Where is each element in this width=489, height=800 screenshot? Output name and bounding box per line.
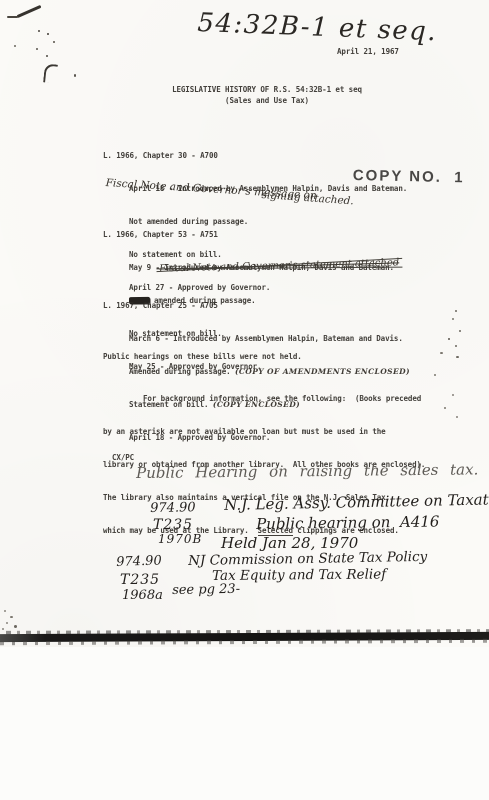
scan-speckle xyxy=(14,625,17,628)
call-number-line: 1968a xyxy=(122,588,163,603)
scan-speckle xyxy=(46,55,48,57)
entry-heading: L. 1966, Chapter 53 - A751 xyxy=(103,229,394,240)
catalog-note-line: Held Jan 28, 1970 xyxy=(221,534,358,552)
scan-speckle xyxy=(456,416,458,418)
scan-speckle xyxy=(448,338,450,340)
scan-speckle xyxy=(47,33,49,35)
typed-date: April 21, 1967 xyxy=(337,46,399,57)
scan-speckle xyxy=(6,622,8,624)
scan-speckle xyxy=(434,374,436,376)
catalog-note-line: Public hearing on A416 xyxy=(256,512,440,533)
copy-number-stamp: COPY NO. 1 xyxy=(353,167,465,186)
page-subtitle: (Sales and Use Tax) xyxy=(103,95,431,106)
scan-speckle xyxy=(4,610,6,612)
scanned-document-page: 54:32B-1 et seq. April 21, 1967 LEGISLAT… xyxy=(0,0,489,800)
handwritten-docket-number: 54:32B-1 et seq. xyxy=(197,8,438,47)
entry-heading: L. 1966, Chapter 30 - A700 xyxy=(103,150,407,161)
call-number-line: T235 xyxy=(120,572,160,588)
entry-heading: L. 1967, Chapter 25 - A705 xyxy=(103,300,410,311)
pen-mark xyxy=(17,5,42,18)
call-number-line: T235 xyxy=(153,517,193,533)
catalog-note-line: see pg 23- xyxy=(172,582,240,598)
pen-mark xyxy=(43,63,58,83)
paragraph-line: For background information, see the foll… xyxy=(103,393,425,404)
scan-speckle xyxy=(36,48,38,50)
catalog-note-line: NJ Commission on State Tax Policy xyxy=(188,549,427,569)
scan-speckle xyxy=(53,41,55,43)
scan-speckle xyxy=(452,394,454,396)
scan-speckle xyxy=(38,30,40,32)
entry-line: March 6 - Introduced by Assemblymen Halp… xyxy=(129,333,410,344)
hearings-statement: Public hearings on these bills were not … xyxy=(103,351,302,362)
scanner-background xyxy=(0,647,489,800)
pen-mark xyxy=(7,16,18,18)
paragraph-line: by an asterisk are not available on loan… xyxy=(103,426,425,437)
handwritten-hearing-annotation: Public Hearing on raising the sales tax. xyxy=(136,460,478,482)
scan-speckle xyxy=(14,45,16,47)
struck-note-text: Fiscal Note and Governor's statement att… xyxy=(159,257,399,274)
page-edge-tear xyxy=(0,629,489,647)
scan-speckle xyxy=(456,356,459,358)
call-number-line: 974.90 xyxy=(150,500,196,516)
typist-initials: CX/PC xyxy=(112,452,134,463)
scan-speckle xyxy=(444,407,446,409)
scan-speckle xyxy=(10,616,13,618)
scan-speckle xyxy=(440,352,443,354)
page-title: LEGISLATIVE HISTORY OF R.S. 54:32B-1 et … xyxy=(103,84,431,95)
call-number-line: 974.90 xyxy=(116,553,162,570)
scan-speckle xyxy=(74,74,76,77)
scan-speckle xyxy=(455,310,457,312)
scan-speckle xyxy=(459,330,461,332)
call-number-line: 1970B xyxy=(158,532,202,546)
scan-speckle xyxy=(455,345,457,347)
scan-speckle xyxy=(452,318,454,320)
title-block: LEGISLATIVE HISTORY OF R.S. 54:32B-1 et … xyxy=(103,84,431,106)
